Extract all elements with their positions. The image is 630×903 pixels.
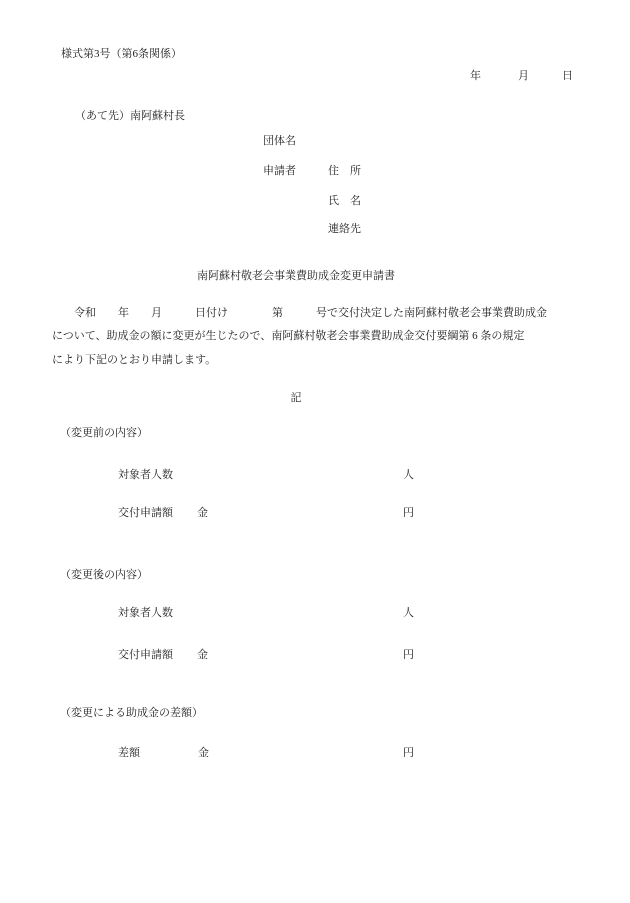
body-paragraph-line-3: により下記のとおり申請します。 bbox=[52, 353, 216, 368]
row-label-application-amount: 交付申請額 bbox=[118, 506, 173, 521]
section-heading-difference: （変更による助成金の差額） bbox=[60, 706, 203, 721]
date-day-label: 日 bbox=[562, 69, 573, 84]
row-label-difference: 差額 bbox=[118, 746, 140, 761]
section-heading-after-change: （変更後の内容） bbox=[60, 568, 148, 583]
date-year-label: 年 bbox=[470, 69, 481, 84]
unit-label-people: 人 bbox=[403, 606, 414, 621]
unit-label-people: 人 bbox=[403, 468, 414, 483]
amount-prefix-kin: 金 bbox=[198, 746, 209, 761]
document-title: 南阿蘇村敬老会事業費助成金変更申請書 bbox=[52, 269, 540, 284]
name-label: 氏 名 bbox=[328, 194, 361, 209]
unit-label-yen: 円 bbox=[403, 648, 414, 663]
row-label-application-amount: 交付申請額 bbox=[118, 648, 173, 663]
organization-name-label: 団体名 bbox=[263, 134, 296, 149]
record-heading: 記 bbox=[52, 391, 540, 406]
row-label-target-count: 対象者人数 bbox=[118, 606, 173, 621]
applicant-label: 申請者 bbox=[263, 164, 296, 179]
date-month-label: 月 bbox=[518, 69, 529, 84]
addressee-line: （あて先）南阿蘇村長 bbox=[75, 109, 185, 124]
body-paragraph-line-1: 令和 年 月 日付け 第 号で交付決定した南阿蘇村敬老会事業費助成金 bbox=[52, 306, 547, 321]
unit-label-yen: 円 bbox=[403, 506, 414, 521]
amount-prefix-kin: 金 bbox=[197, 506, 208, 521]
document-page: 様式第3号（第6条関係） 年 月 日 （あて先）南阿蘇村長 団体名 申請者 住 … bbox=[0, 0, 630, 903]
section-heading-before-change: （変更前の内容） bbox=[60, 426, 148, 441]
form-number-label: 様式第3号（第6条関係） bbox=[61, 47, 182, 62]
unit-label-yen: 円 bbox=[403, 746, 414, 761]
row-label-target-count: 対象者人数 bbox=[118, 468, 173, 483]
body-paragraph-line-2: について、助成金の額に変更が生じたので、南阿蘇村敬老会事業費助成金交付要綱第 6… bbox=[52, 329, 524, 344]
amount-prefix-kin: 金 bbox=[197, 648, 208, 663]
address-label: 住 所 bbox=[328, 164, 361, 179]
contact-label: 連絡先 bbox=[328, 222, 361, 237]
